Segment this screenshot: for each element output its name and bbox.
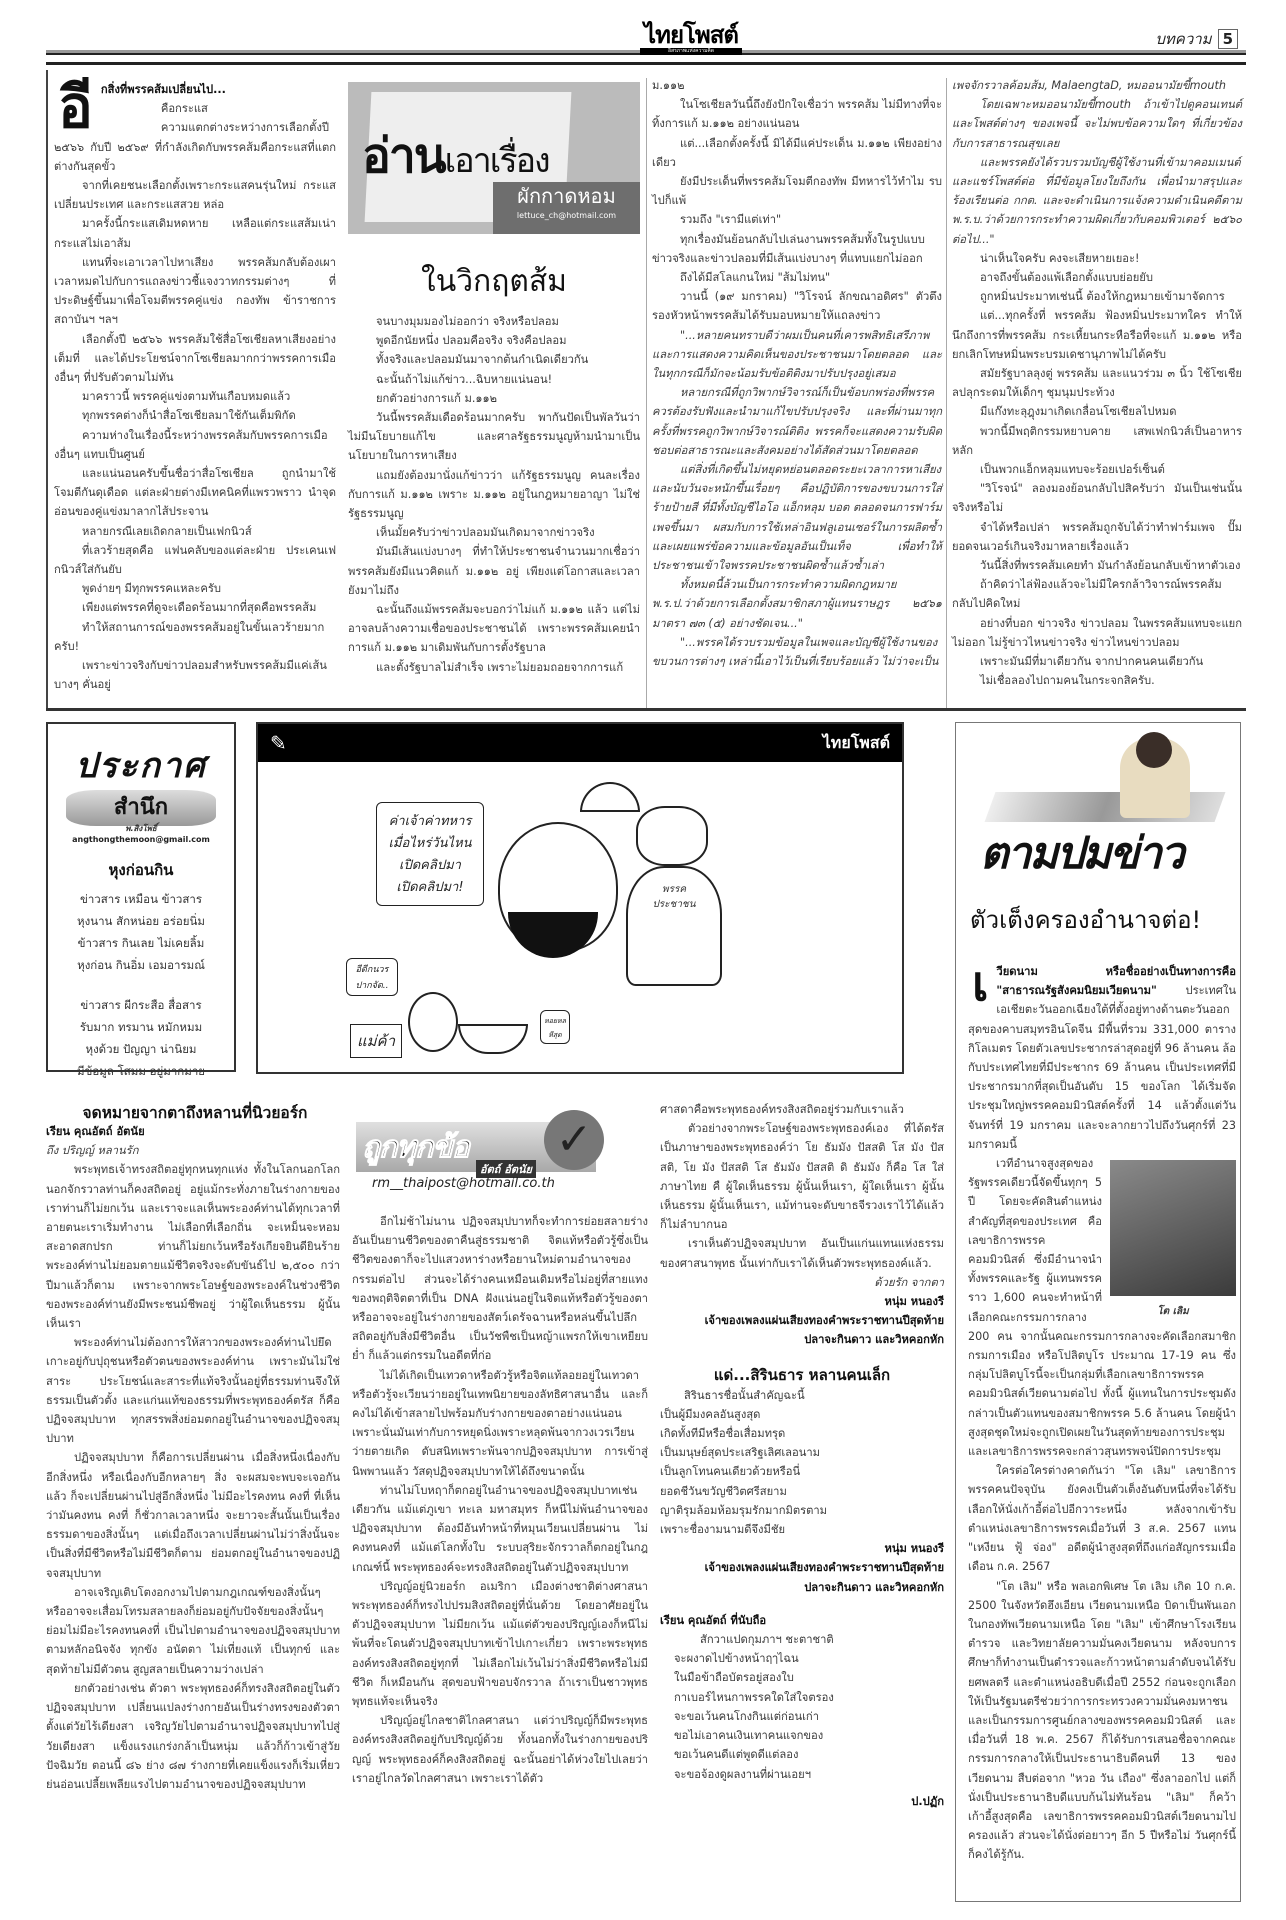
paragraph: ม.๑๑๒	[652, 76, 942, 95]
umbrella	[580, 782, 640, 812]
photo-caption: โต เลิม	[1110, 1296, 1236, 1321]
paragraph: ปริญญ์อยู่ไกลชาติไกลศาสนา แต่ว่าปริญญ์ก็…	[352, 1711, 648, 1788]
vendor-figure	[408, 992, 458, 1052]
column-logo-tam-pom-khao: ตามปมข่าว	[970, 732, 1232, 880]
paragraph: เห็นมั้ยครับว่าข่าวปลอมมันเกิดมาจากข่าวจ…	[348, 523, 640, 542]
paragraph: ท่านไม่โบหฤาก็ตกอยู่ในอำนาจของปฏิจจสมุปบ…	[352, 1481, 648, 1577]
poem-line: ในมือข้าถือบัตรอยู่สองใบ	[660, 1668, 944, 1687]
paragraph: ฉะนั้นถึงแม้พรรคส้มจะบอกว่าไม่แก้ ม.๑๑๒ …	[348, 600, 640, 658]
poem-line: ข้าวสาร กินเลย ไม่เคยลิ้ม	[48, 932, 234, 954]
paragraph: แทนที่จะเอาเวลาไปหาเสียง พรรคส้มกลับต้อง…	[54, 253, 336, 330]
poem-line: เป็นลูกโทนคนเดียวด้วยหรือนี่	[660, 1462, 944, 1481]
paragraph: จนบางมุมมองไม่ออกว่า จริงหรือปลอม	[348, 312, 640, 331]
fruit-tag: หอยหลหีสุด	[540, 1010, 570, 1044]
article3-headline: ตัวเต็งครองอำนาจต่อ!	[970, 900, 1232, 939]
poem-line: จะขอเว้นคนโกงกินแต่ก่อนเก่า	[660, 1707, 944, 1726]
paragraph: แถมยังต้องมานั่งแก้ข่าวว่า แก้รัฐธรรมนูญ…	[348, 466, 640, 524]
paragraph: พระพุทธเจ้าทรงสถิตอยู่ทุกหนทุกแห่ง ทั้งใ…	[46, 1160, 340, 1333]
paragraph: มันมีเส้นแบ่งบางๆ ที่ทำให้ประชาชนจำนวนมา…	[348, 542, 640, 600]
paragraph: พูดง่ายๆ มีทุกพรรคแหละครับ	[54, 579, 336, 598]
paragraph: พระองค์ท่านไม่ต้องการให้สาวกของพระองค์ท่…	[46, 1333, 340, 1448]
column-banner-thuk-thuk-kho: ถูกทุกข้อ ✓ อัตถ์ อัตนัย rm__thaipost@ho…	[348, 1100, 648, 1190]
quote-paragraph: และพรรคยังได้รวบรวมบัญชีผู้ใช้งานที่เข้า…	[952, 153, 1242, 249]
paragraph: "วิโรจน์" ลองมองย้อนกลับไปสิครับว่า มันเ…	[952, 479, 1242, 517]
portrait-figure: โต เลิม	[1110, 1160, 1236, 1321]
article1-col4: เพจจักรวาลค้อมส้ม, MalaengtaD, หมออนามัย…	[952, 76, 1242, 691]
poem-line: รับมาก ทรมาน หมักหมม	[48, 1016, 234, 1038]
quote-paragraph: โดยเฉพาะหมออนามัยขี้mouth ถ้าเข้าไปดูคอน…	[952, 95, 1242, 153]
section-rule	[46, 708, 1246, 711]
paragraph: เพียงแต่พรรคที่ดูจะเดือดร้อนมากที่สุดคือ…	[54, 598, 336, 617]
article1-kicker: กสิ่งที่พรรคส้มเปลี่ยนไป...	[54, 78, 336, 99]
poem-logo-top: ประกาศ	[66, 738, 216, 792]
poem-line: เป็นผู้มีมงคลอันสูงสุด	[660, 1405, 944, 1424]
fruit-bowl	[458, 1024, 528, 1054]
poem-heading: หุงก่อนกิน	[48, 858, 234, 882]
article1-col3: ม.๑๑๒ ในโซเชียลวันนี้ถึงยังปักใจเชื่อว่า…	[652, 76, 942, 671]
letter-greeting: เรียน คุณอัตถ์ อัตนัย	[46, 1122, 340, 1141]
article1-col2: จนบางมุมมองไม่ออกว่า จริงหรือปลอม พูดอีก…	[348, 312, 640, 677]
paragraph: ยกตัวอย่างเช่น ตัวตา พระพุทธองค์ก็ทรงสิง…	[46, 1679, 340, 1794]
paragraph: "โต เลิม" หรือ พลเอกพิเศษ โต เลิม เกิด 1…	[968, 1577, 1236, 1865]
quote-block: "...หลายคนทราบดีว่าผมเป็นคนที่เคารพสิทธิ…	[652, 326, 942, 672]
poem-email[interactable]: angthongthemoon@gmail.com	[48, 835, 234, 844]
poem-title: แด่...สิรินธาร หลานคนเล็ก	[660, 1364, 944, 1386]
poem-author: พ.สิงโพธิ์	[66, 822, 216, 835]
poem-column-logo: ประกาศ สำนึก พ.สิงโพธิ์	[66, 738, 216, 835]
poem-logo-scroll: สำนึก	[66, 790, 216, 826]
paragraph: จากที่เคยชนะเลือกตั้งเพราะกระแสคนรุ่นใหม…	[54, 176, 336, 214]
masthead-bottom-rule	[46, 62, 1246, 65]
column-banner-an-ao-rueang: อ่านเอาเรื่อง ผักกาดหอม lettuce_ch@hotma…	[348, 82, 640, 234]
article1-col1: อี กสิ่งที่พรรคส้มเปลี่ยนไป... คือกระแส …	[54, 78, 336, 695]
speech-bubble: ค่าเจ้าค่าทหารเมื่อไหร่วันไหนเปิดคลิปมาเ…	[376, 802, 484, 906]
quote-block: เพจจักรวาลค้อมส้ม, MalaengtaD, หมออนามัย…	[952, 76, 1242, 249]
column-divider	[946, 78, 947, 708]
portrait-photo	[1110, 1160, 1236, 1296]
paragraph: ในโซเชียลวันนี้ถึงยังปักใจเชื่อว่า พรรคส…	[652, 95, 942, 133]
signature-name: หนุ่ม หนองรี	[660, 1292, 944, 1311]
poem-line: เกิดทั้งทีมีหรือชื่อเสื่อมทรุด	[660, 1424, 944, 1443]
paragraph: วานนี้ (๑๙ มกราคม) "วิโรจน์ ลักขณาอดิศร"…	[652, 287, 942, 325]
shouting-mouth	[508, 912, 598, 958]
paragraph: ไม่ได้เกิดเป็นเทวดาหรือตัวรู้หรือจิตแท้ล…	[352, 1366, 648, 1481]
poem-line: หุงนาน สักหน่อย อร่อยนิ่ม	[48, 910, 234, 932]
paragraph: พวกนี้มีพฤติกรรมหยาบคาย เสพเฟกนิวส์เป็นอ…	[952, 422, 1242, 460]
poem-line: เป็นมนุษย์สุดประเสริฐเลิศเลอนาม	[660, 1443, 944, 1462]
article2-col1: เรียน คุณอัตถ์ อัตนัย ถึง ปริญญ์ หลานรัก…	[46, 1122, 340, 1794]
paragraph: อาจเจริญเติบโตงอกงามไปตามกฎเกณฑ์ของสิ่งน…	[46, 1583, 340, 1679]
quote-paragraph: หลายกรณีที่ถูกวิพากษ์วิจารณ์ก็เป็นข้อบกพ…	[652, 383, 942, 460]
cartoon-header-bar: ✎ ไทยโพสต์	[258, 724, 902, 762]
newspaper-logo: ไทยโพสต์ อิสรภาพแห่งความคิด	[640, 22, 742, 56]
paragraph: มาครั้งนี้กระแสเดิมหดหาย เหลือแต่กระแสส้…	[54, 214, 336, 252]
paragraph: แต่...ทุกครั้งที่ พรรคส้ม ฟ้องหมิ่นประมา…	[952, 306, 1242, 364]
poem-line: ยอดชีวันขวัญชีวิตศรีสยาม	[660, 1482, 944, 1501]
reader-head	[1136, 732, 1172, 768]
paragraph: อาจถึงขั้นต้องแพ้เลือกตั้งแบบย่อยยับ	[952, 268, 1242, 287]
article1-headline: ในวิกฤตส้ม	[348, 258, 640, 305]
paragraph: ยังมีประเด็นที่พรรคส้มโจมตีกองทัพ มีทหาร…	[652, 172, 942, 210]
paragraph: หลายกรณีเลยเถิดกลายเป็นเฟกนิวส์	[54, 522, 336, 541]
article2-col3: ศาสดาคือพระพุทธองค์ทรงสิงสถิตอยู่ร่วมกับ…	[660, 1100, 944, 1811]
signature-name: ป.ปฏัก	[660, 1792, 944, 1811]
paragraph: ไม่เชื่อลองไปถามคนในกระจกสิครับ.	[952, 671, 1242, 690]
paragraph: ใครต่อใครต่างคาดกันว่า "โต เลิม" เลขาธิก…	[968, 1461, 1236, 1576]
paragraph: เป็นพวกแอ็กหลุมแทบจะร้อยเปอร์เซ็นต์	[952, 460, 1242, 479]
poem-line: มีข้อมูล โสมม อยู่มากมาย	[48, 1060, 234, 1082]
paragraph: จำได้หรือเปล่า พรรคส้มถูกจับได้ว่าทำฟาร์…	[952, 518, 1242, 556]
poem-line: หุงก่อน กินอิ่ม เอมอารมณ์	[48, 954, 234, 976]
paragraph: วันนี้สิ่งที่พรรคส้มเคยทำ มันกำลังย้อนกล…	[952, 556, 1242, 575]
paragraph: สมัยรัฐบาลลุงตู่ พรรคส้ม และแนวร่วม ๓ นิ…	[952, 364, 1242, 402]
cartoon-drawing: ค่าเจ้าค่าทหารเมื่อไหร่วันไหนเปิดคลิปมาเ…	[258, 762, 902, 1072]
paragraph: ยกตัวอย่างการแก้ ม.๑๑๒	[348, 389, 640, 408]
drop-cap: อี	[58, 80, 93, 134]
paragraph: ตัวอย่างจากพระโอษฐ์ของพระพุทธองค์เอง ที่…	[660, 1119, 944, 1234]
signature-title: ปลาจะกินดาว และวิหคอกหัก	[660, 1330, 944, 1349]
paragraph: ฉะนั้นถ้าไม่แก้ข่าว...ฉิบหายแน่นอน!	[348, 370, 640, 389]
poem-line: หุงด้วย ปัญญา น่านิยม	[48, 1038, 234, 1060]
paragraph: ศาสดาคือพระพุทธองค์ทรงสิงสถิตอยู่ร่วมกับ…	[660, 1100, 944, 1119]
letter-recipient: ถึง ปริญญ์ หลานรัก	[46, 1141, 340, 1160]
column-divider	[646, 78, 647, 708]
poem-line: สิรินธารชื่อนั้นสำคัญฉะนี้	[660, 1386, 944, 1405]
banner-title: ถูกทุกข้อ	[362, 1124, 469, 1171]
poem-line: ญาติรุมล้อมห้อมรุมรักมากมิตรตาม	[660, 1501, 944, 1520]
logo-subtitle: อิสรภาพแห่งความคิด	[640, 48, 742, 55]
banner-author-strip: ผักกาดหอม lettuce_ch@hotmail.com	[493, 182, 640, 234]
signature-title: เจ้าของเพลงแผ่นเสียงทองคำพระราชทานปีสุดท…	[660, 1311, 944, 1330]
column-title: ตามปมข่าว	[980, 818, 1183, 888]
poem-line: สักวาแปดกุมภาฯ ชะตาชาติ	[660, 1630, 944, 1649]
poem-line: จะผงาดไปข้างหน้าฤๅไฉน	[660, 1649, 944, 1668]
vendor-sign: แม่ค้า	[350, 1024, 402, 1058]
author-email[interactable]: lettuce_ch@hotmail.com	[493, 210, 640, 222]
quote-paragraph: "...พรรคได้รวบรวมข้อมูลในเพจและบัญชีผู้ใ…	[652, 633, 942, 671]
page-number: 5	[1218, 29, 1238, 49]
cartoon-brand: ไทยโพสต์	[823, 731, 890, 756]
paragraph: มาคราวนี้ พรรคคู่แข่งตามทันเกือบหมดแล้ว	[54, 387, 336, 406]
paragraph: ทุกพรรคต่างก็นำสื่อโซเชียลมาใช้กันเต็มพิ…	[54, 406, 336, 425]
paragraph: คือกระแส	[54, 99, 336, 118]
paragraph: ปฏิจจสมุปบาท ก็คือการเปลี่ยนผ่าน เมื่อสิ…	[46, 1448, 340, 1582]
drop-cap: เ	[972, 964, 988, 1004]
signature-title: เจ้าของเพลงแผ่นเสียงทองคำพระราชทานปีสุดท…	[660, 1558, 944, 1577]
paragraph: ถ้าคิดว่าไล่ฟ้องแล้วจะไม่มีใครกล้าวิจารณ…	[952, 575, 1242, 613]
quote-paragraph: เพจจักรวาลค้อมส้ม, MalaengtaD, หมออนามัย…	[952, 76, 1242, 95]
article3-body: เวียดนาม หรือชื่ออย่างเป็นทางการคือ "สาธ…	[968, 962, 1236, 1865]
paragraph: ทุกเรื่องมันย้อนกลับไปเล่นงานพรรคส้มทั้ง…	[652, 230, 942, 268]
paragraph: รวมถึง "เรามีแต่เท่า"	[652, 210, 942, 229]
quote-paragraph: แต่สิ่งที่เกิดขึ้นไม่หยุดหย่อนตลอดระยะเว…	[652, 460, 942, 575]
paragraph: แต่...เลือกตั้งครั้งนี้ มิได้มีแค่ประเด็…	[652, 134, 942, 172]
checkmark-icon: ✓	[544, 1110, 604, 1170]
poem-box-prakat-samnuek: ประกาศ สำนึก พ.สิงโพธิ์ angthongthemoon@…	[46, 722, 236, 1072]
thought-bubble: อีดีกนวรปากจัด..	[346, 958, 398, 996]
article2-col2: อีกไม่ช้าไม่นาน ปฏิจจสมุปบาทก็จะทำการย่อ…	[352, 1212, 648, 1788]
section-name: บทความ	[1155, 30, 1211, 48]
poem-line: กาเบอร์ไหนกาพรรคใดใส่ใจตรอง	[660, 1688, 944, 1707]
poem-line: จะขอจ้องดูผลงานที่ผ่านเอยฯ	[660, 1765, 944, 1784]
paragraph: ทั้งจริงและปลอมมันมาจากต้นกำเนิดเดียวกัน	[348, 350, 640, 369]
paragraph: และแน่นอนครับขึ้นชื่อว่าสื่อโซเชียล ถูกน…	[54, 464, 336, 522]
section-label: บทความ5	[1155, 27, 1238, 51]
paragraph: เพราะข่าวจริงกับข่าวปลอมสำหรับพรรคส้มมีแ…	[54, 656, 336, 694]
editorial-cartoon: ✎ ไทยโพสต์ ค่าเจ้าค่าทหารเมื่อไหร่วันไหน…	[256, 722, 904, 1074]
cartoonist-mascot-icon: ✎	[270, 731, 287, 755]
paragraph: ประเทศในเอเชียตะวันออกเฉียงใต้ที่ตั้งอยู…	[968, 984, 1236, 1151]
paragraph: ความห่างในเรื่องนี้ระหว่างพรรคส้มกับพรรค…	[54, 426, 336, 464]
poem-line: ข่าวสาร ผีกระสือ สื่อสาร	[48, 994, 234, 1016]
paragraph: ที่เลวร้ายสุดคือ แฟนคลับของแต่ละฝ่าย ประ…	[54, 541, 336, 579]
paragraph: เลือกตั้งปี ๒๕๖๖ พรรคส้มใช้สื่อโซเชียลหา…	[54, 330, 336, 388]
poem-line: เพราะชื่องามนามดีจึงมีชัย	[660, 1520, 944, 1539]
banner-email[interactable]: rm__thaipost@hotmail.co.th	[372, 1176, 555, 1191]
paragraph: ความแตกต่างระหว่างการเลือกตั้งปี ๒๕๖๖ กั…	[54, 118, 336, 176]
letter-closing: ด้วยรัก จากตา	[660, 1273, 944, 1292]
signature-name: หนุ่ม หนองรี	[660, 1539, 944, 1558]
paragraph: มีแก๊งทะลุฎุงมาเกิดเกลื่อนโซเชียลไปหมด	[952, 402, 1242, 421]
poem-line: ขอเว้นคนดีแต่พูดดีแต่ลอง	[660, 1745, 944, 1764]
paragraph: เพราะมันมีที่มาเดียวกัน จากปากคนคนเดียวก…	[952, 652, 1242, 671]
paragraph: ปริญญ์อยู่นิวยอร์ก อเมริกา เมืองต่างชาติ…	[352, 1577, 648, 1711]
paragraph: เราเห็นตัวปฏิจจสมุปบาท อันเป็นแก่นแทนแห่…	[660, 1234, 944, 1272]
bull-shirt: พรรคประชาชน	[626, 866, 722, 986]
quote-paragraph: "...หลายคนทราบดีว่าผมเป็นคนที่เคารพสิทธิ…	[652, 326, 942, 384]
paragraph: น่าเห็นใจครับ คงจะเสียหายเยอะ!	[952, 249, 1242, 268]
signature-title: ปลาจะกินดาว และวิหคอกหัก	[660, 1578, 944, 1597]
paragraph: ถึงได้มีสโลแกนใหม่ "ส้มไม่ทน"	[652, 268, 942, 287]
poem-line: ข่าวสาร เหมือน ข้าวสาร	[48, 888, 234, 910]
poem-line: ขอไม่เอาคนเงินเทาคนแจกของ	[660, 1726, 944, 1745]
paragraph: และตั้งรัฐบาลไม่สำเร็จ เพราะไม่ยอมถอยจาก…	[348, 658, 640, 677]
author-name: ผักกาดหอม	[493, 182, 640, 210]
paragraph: ถูกหมิ่นประมาทเช่นนี้ ต้องให้กฎหมายเข้าม…	[952, 287, 1242, 306]
paragraph: ทำให้สถานการณ์ของพรรคส้มอยู่ในขั้นเลวร้า…	[54, 618, 336, 656]
paragraph: อีกไม่ช้าไม่นาน ปฏิจจสมุปบาทก็จะทำการย่อ…	[352, 1212, 648, 1366]
paragraph: วันนี้พรรคส้มเดือดร้อนมากครับ พากันปัดเป…	[348, 408, 640, 466]
logo-text: ไทยโพสต์	[640, 22, 742, 48]
bull-head	[636, 806, 708, 866]
paragraph: อย่างที่บอก ข่าวจริง ข่าวปลอม ในพรรคส้มแ…	[952, 614, 1242, 652]
quote-paragraph: ทั้งหมดนี้ล้วนเป็นการกระทำความผิดกฎหมาย …	[652, 575, 942, 633]
paragraph: พูดอีกนัยหนึ่ง ปลอมคือจริง จริงคือปลอม	[348, 331, 640, 350]
letter-greeting: เรียน คุณอัตถ์ ที่นับถือ	[660, 1611, 944, 1630]
